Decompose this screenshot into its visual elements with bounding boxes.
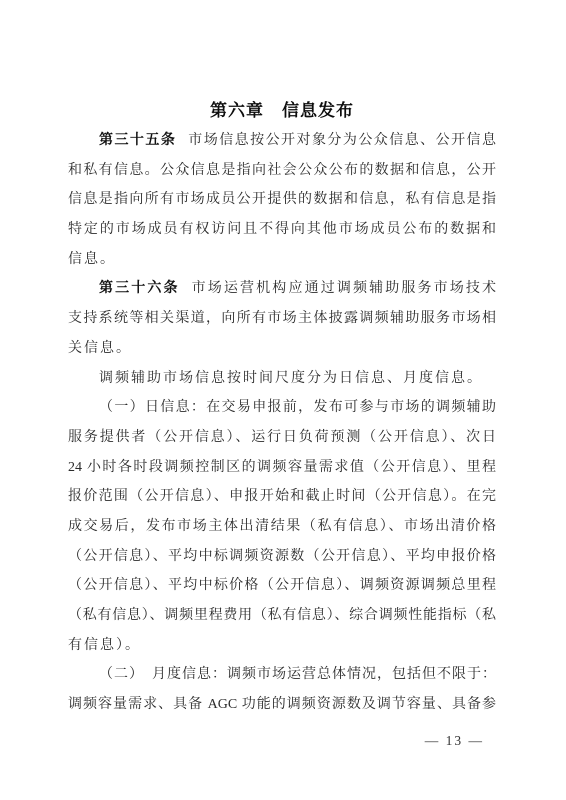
text-line: （一）日信息：在交易申报前，发布可参与市场的调频辅助 [68, 393, 496, 423]
text-line: （公开信息）、平均中标价格（公开信息）、调频资源调频总里程 [68, 571, 496, 601]
text-line: 服务提供者（公开信息）、运行日负荷预测（公开信息）、次日 [68, 423, 496, 453]
text-line-body: 市场信息按公开对象分为公众信息、公开信息 [188, 133, 496, 148]
text-line: 信息。 [68, 245, 496, 275]
article-number: 第三十五条 [99, 133, 176, 148]
text-line: 有信息）。 [68, 631, 496, 661]
text-line: 特定的市场成员有权访问且不得向其他市场成员公布的数据和 [68, 215, 496, 245]
text-line-body: 市场运营机构应通过调频辅助服务市场技术 [192, 281, 496, 296]
text-line: （公开信息）、平均中标调频资源数（公开信息）、平均申报价格 [68, 542, 496, 572]
chapter-heading: 第六章 信息发布 [68, 96, 496, 126]
text-line: 第三十五条市场信息按公开对象分为公众信息、公开信息 [68, 126, 496, 156]
text-line: 报价范围（公开信息）、申报开始和截止时间（公开信息）。在完 [68, 482, 496, 512]
document-page: 第六章 信息发布 第三十五条市场信息按公开对象分为公众信息、公开信息 和私有信息… [0, 0, 566, 800]
text-line: 关信息。 [68, 334, 496, 364]
article-number: 第三十六条 [99, 281, 180, 296]
text-line: 和私有信息。公众信息是指向社会公众公布的数据和信息，公开 [68, 156, 496, 186]
text-line: （二） 月度信息：调频市场运营总体情况，包括但不限于： [68, 660, 496, 690]
document-body: 第六章 信息发布 第三十五条市场信息按公开对象分为公众信息、公开信息 和私有信息… [68, 96, 496, 720]
text-line: 24 小时各时段调频控制区的调频容量需求值（公开信息）、里程 [68, 453, 496, 483]
text-line: （私有信息）、调频里程费用（私有信息）、综合调频性能指标（私 [68, 601, 496, 631]
text-line: 信息是指向所有市场成员公开提供的数据和信息，私有信息是指 [68, 185, 496, 215]
text-line: 调频容量需求、具备 AGC 功能的调频资源数及调节容量、具备参 [68, 690, 496, 720]
text-line: 成交易后，发布市场主体出清结果（私有信息）、市场出清价格 [68, 512, 496, 542]
text-line: 调频辅助市场信息按时间尺度分为日信息、月度信息。 [68, 364, 496, 394]
text-line: 第三十六条市场运营机构应通过调频辅助服务市场技术 [68, 274, 496, 304]
text-line: 支持系统等相关渠道，向所有市场主体披露调频辅助服务市场相 [68, 304, 496, 334]
page-number: — 13 — [425, 733, 484, 749]
